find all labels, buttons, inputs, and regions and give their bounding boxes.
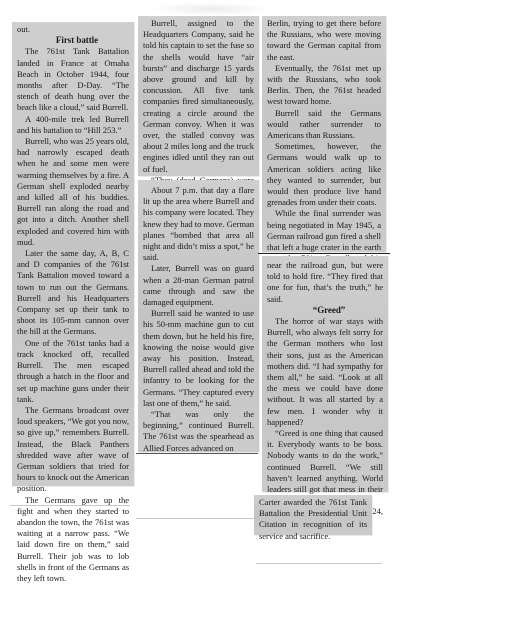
scan-smudge (150, 2, 270, 16)
clipping-column-1: out. First battle The 761st Tank Battali… (12, 22, 134, 486)
clipping-column-3-middle: near the railroad gun, but were told to … (262, 256, 388, 492)
cut-line (258, 253, 390, 254)
clipping-column-2-bottom: About 7 p.m. that day a flare lit up the… (138, 180, 259, 452)
paragraph: Later the same day, A, B, C and D compan… (17, 248, 129, 338)
clipping-column-3-top: Berlin, trying to get there before the R… (262, 16, 386, 252)
paragraph: One of the 761st tanks had a track knock… (17, 338, 129, 405)
paragraph: Sometimes, however, the Germans would wa… (267, 141, 381, 208)
paragraph: Burrell said he wanted to use his 50-mm … (143, 308, 254, 409)
scan-edge-line (136, 518, 254, 519)
paragraph: A 400-mile trek led Burrell and his batt… (17, 114, 129, 136)
clipping-column-3-bottom: Carter awarded the 761st Tank Battalion … (254, 495, 372, 535)
paragraph: About 7 p.m. that day a flare lit up the… (143, 185, 254, 263)
paragraph: Later, Burrell was on guard when a 28-ma… (143, 263, 254, 308)
paragraph: Burrell, who was 25 years old, had narro… (17, 136, 129, 248)
paragraph: near the railroad gun, but were told to … (267, 260, 383, 305)
cut-line (136, 453, 258, 454)
clipping-column-2-top: Burrell, assigned to the Headquarters Co… (138, 16, 259, 176)
scan-edge-line (256, 563, 382, 564)
paragraph: Carter awarded the 761st Tank Battalion … (259, 497, 367, 542)
heading-greed: “Greed” (267, 305, 383, 316)
heading-first-battle: First battle (17, 35, 129, 46)
paragraph: The Germans gave up the fight and when t… (17, 495, 129, 585)
paragraph: Burrell said the Germans would rather su… (267, 108, 381, 142)
paragraph: Burrell, assigned to the Headquarters Co… (143, 18, 254, 175)
scan-edge-line (10, 505, 130, 506)
paragraph: The horror of war stays with Burrell, wh… (267, 316, 383, 428)
paragraph: The Germans broadcast over loud speakers… (17, 405, 129, 495)
paragraph: Eventually, the 761st met up with the Ru… (267, 63, 381, 108)
paragraph: The 761st Tank Battalion landed in Franc… (17, 46, 129, 113)
paragraph: Berlin, trying to get there before the R… (267, 18, 381, 63)
paragraph: “That was only the beginning,” continued… (143, 409, 254, 454)
column-1-lead: out. (17, 24, 129, 35)
